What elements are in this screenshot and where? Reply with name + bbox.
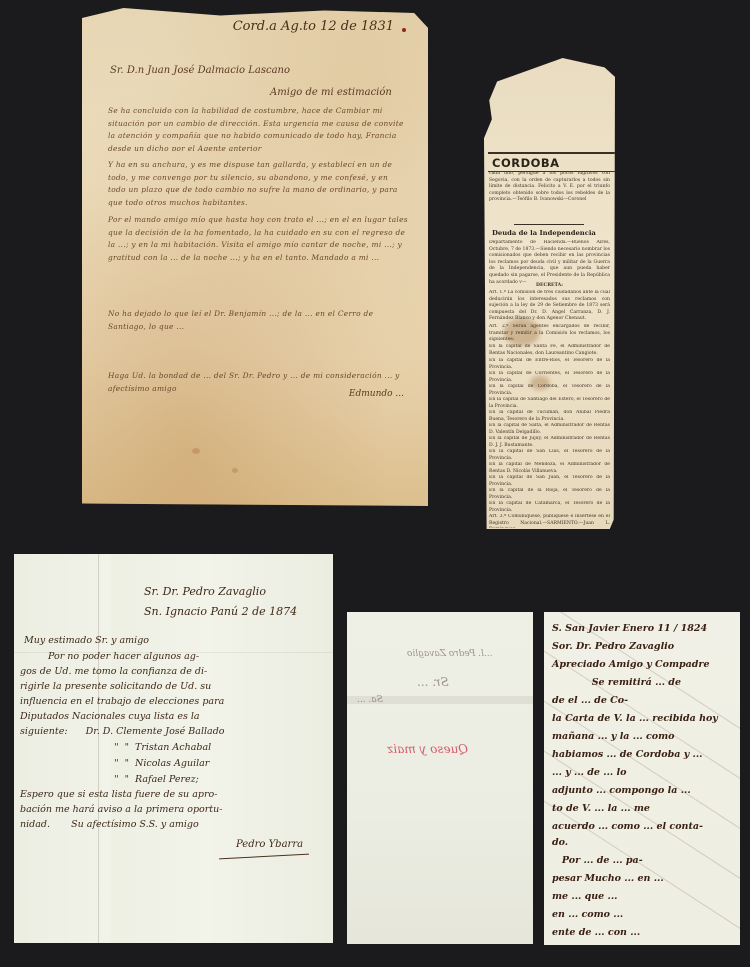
clipping-body: Departamento de Hacienda.—Buenos Aires, … xyxy=(489,240,610,283)
letter-signature: Edmundo ... xyxy=(349,390,404,399)
letter-line: siguiente: Dr. D. Clemente José Ballado xyxy=(20,727,225,737)
clipping-body: Art. 3.º Comuníquese, publíquese é insér… xyxy=(489,514,610,528)
letter-line: " " Tristan Achabal xyxy=(84,743,211,753)
letter-line: acuerdo ... como ... el conta- xyxy=(552,822,703,832)
clipping-body: En la capital de Santiago del Estero, el… xyxy=(489,397,610,410)
letter-line: S. San Javier Enero 11 / 1824 xyxy=(552,624,707,634)
letter-line: Espero que si esta lista fuere de su apr… xyxy=(20,790,217,800)
letter-paragraph: Se ha concluido con la habilidad de cost… xyxy=(108,105,408,151)
clipping-body: En la capital de Mendoza, el Administrad… xyxy=(489,462,610,475)
stain-spot xyxy=(232,468,238,473)
clipping-body: En la capital de Corrientes, el Tesorero… xyxy=(489,371,610,384)
stain-spot xyxy=(192,448,200,454)
letter-line: pesar Mucho ... en ... xyxy=(552,874,664,884)
letter-signature: Pedro Ybarra xyxy=(236,840,303,850)
letter-line: mañana ... y la ... como xyxy=(552,732,675,742)
faded-letter-page: ...l. Pedro Zavaglio Sr. ... Sa. ... Que… xyxy=(347,612,533,944)
letter-line: nidad. Su afectísimo S.S. y amigo xyxy=(20,820,199,830)
letter-line: Por ... de ... pa- xyxy=(552,856,643,866)
letter-paragraph: No ha dejado lo que leí el Dr. Benjamín … xyxy=(108,308,408,370)
clipping-body: En la capital de Tucuman, don Anibal Pie… xyxy=(489,410,610,423)
clipping-body: En la capital de Catamarca, el Tesorero … xyxy=(489,501,610,514)
letter-line: adjunto ... compongo la ... xyxy=(552,786,691,796)
crossed-letter-san-javier: S. San Javier Enero 11 / 1824 Sor. Dr. P… xyxy=(544,612,740,945)
letter-line: me ... que ... xyxy=(552,892,617,902)
letter-line: do. xyxy=(552,838,568,848)
bleed-through-text: ...l. Pedro Zavaglio xyxy=(407,650,493,659)
clipping-masthead: CORDOBA xyxy=(488,152,615,172)
letter-line: en ... como ... xyxy=(552,910,623,920)
clipping-body: En la capital de San Luis, el Tesorero d… xyxy=(489,449,610,462)
letter-line: ... y ... de ... lo xyxy=(552,768,626,778)
letter-pedro-zavaglio: Sr. Dr. Pedro Zavaglio Sn. Ignacio Panú … xyxy=(14,554,333,943)
clipping-body: En la capital de la Rioja, el Tesorero d… xyxy=(489,488,610,501)
letter-line: de el ... de Co- xyxy=(552,696,628,706)
bleed-through-text: Sr. ... xyxy=(417,676,449,688)
letter-address: Sr. Dr. Pedro Zavaglio xyxy=(144,586,266,597)
letter-line: ente de ... con ... xyxy=(552,928,640,938)
clipping-body: En la capital de Salta, el Administrador… xyxy=(489,423,610,436)
letter-line: gos de Ud. me tomo la confianza de di- xyxy=(20,667,207,677)
clipping-body: Art. 1.º La comisión de tres ciudadanos … xyxy=(489,290,610,324)
clipping-body: En la capital de Jujuy, el Administrador… xyxy=(489,436,610,449)
clipping-intro: cada uno, persigue a los pocos fugitivos… xyxy=(489,171,610,219)
clipping-body: En la capital de Córdoba, el Tesorero de… xyxy=(489,384,610,397)
letter-line: rigirle la presente solicitando de Ud. s… xyxy=(20,682,211,692)
letter-line: Se remitirá ... de xyxy=(552,678,681,688)
letter-line: Apreciado Amigo y Compadre xyxy=(552,660,709,670)
letter-salutation: Amigo de mi estimación xyxy=(270,88,392,98)
signature-flourish xyxy=(219,854,309,860)
letter-address: Sr. D.n Juan José Dalmacio Lascano xyxy=(110,66,290,76)
clipping-decree: DECRETA: xyxy=(489,283,610,290)
letter-line: bación me hará aviso a la primera oportu… xyxy=(20,805,222,815)
clipping-body: En la capital de San Juan, el Tesorero d… xyxy=(489,475,610,488)
letter-line: Sor. Dr. Pedro Zavaglio xyxy=(552,642,674,652)
letter-line: " " Rafael Perez; xyxy=(84,775,199,785)
bleed-through-text: Sa. ... xyxy=(357,696,383,705)
letter-line: influencia en el trabajo de elecciones p… xyxy=(20,697,224,707)
letter-date: Cord.a Ag.to 12 de 1831 xyxy=(233,20,394,33)
aged-letter-1831: Cord.a Ag.to 12 de 1831 Sr. D.n Juan Jos… xyxy=(82,8,428,506)
clipping-headline: Deuda de la Independencia xyxy=(492,229,596,237)
letter-line: " " Nicolas Aguilar xyxy=(84,759,209,769)
letter-line: Por no poder hacer algunos ag- xyxy=(48,652,199,662)
letter-salutation: Muy estimado Sr. y amigo xyxy=(24,636,149,646)
letter-line: la Carta de V. la ... recibida hoy xyxy=(552,714,718,724)
clipping-body: En la capital de Santa Fé, el Administra… xyxy=(489,344,610,358)
clipping-body: En la capital de Entre-Ríos, el Tesorero… xyxy=(489,358,610,371)
red-annotation: Queso y maiz xyxy=(387,743,468,755)
letter-paragraph: Por el mando amigo mío que hasta hoy con… xyxy=(108,214,408,302)
letter-line: habiamos ... de Cordoba y ... xyxy=(552,750,702,760)
divider xyxy=(514,224,584,225)
letter-place-date: Sn. Ignacio Panú 2 de 1874 xyxy=(144,606,297,617)
letter-paragraph: Y ha en su anchura, y es me dispuse tan … xyxy=(108,159,408,209)
clipping-body: Art. 2.º Serán agentes encargados de rec… xyxy=(489,324,610,344)
letter-line: Diputados Nacionales cuya lista es la xyxy=(20,712,200,722)
letter-line: to de V. ... la ... me xyxy=(552,804,650,814)
ink-spot xyxy=(402,28,406,32)
newspaper-clipping: CORDOBA cada uno, persigue a los pocos f… xyxy=(484,58,615,529)
